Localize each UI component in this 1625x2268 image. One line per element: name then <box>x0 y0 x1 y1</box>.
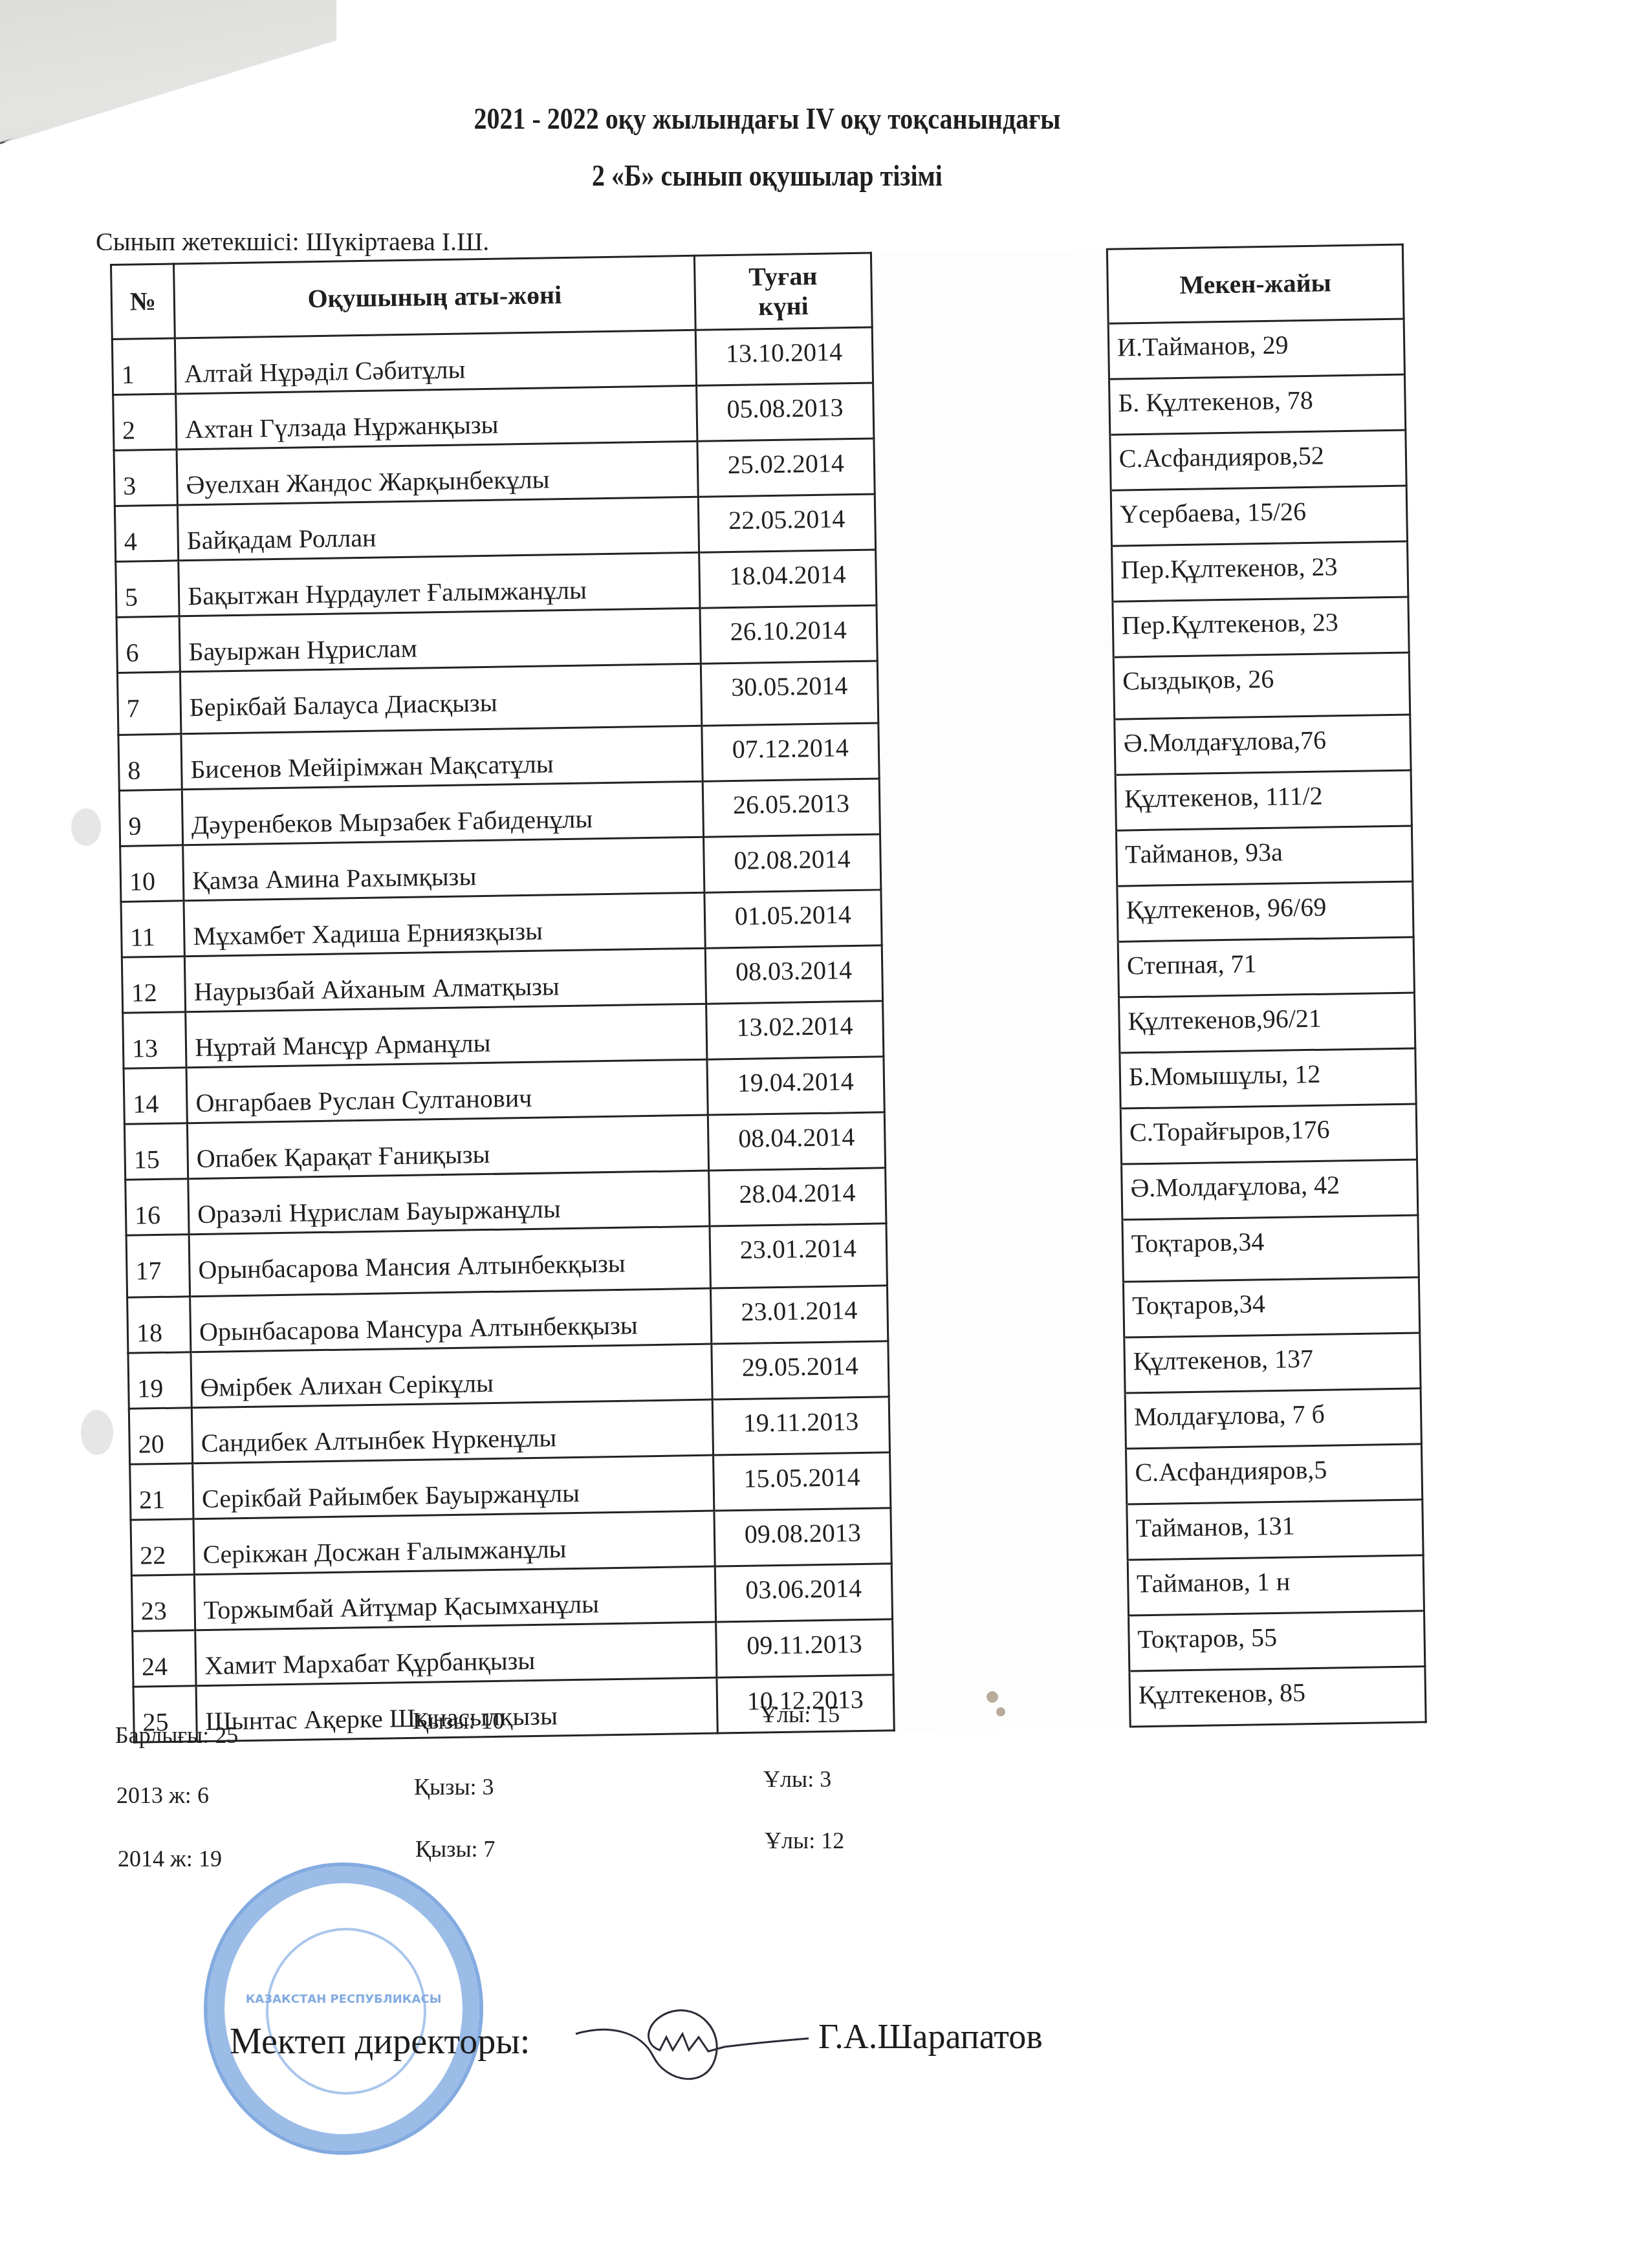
redacted-cell <box>892 1615 1129 1675</box>
redacted-cell <box>875 546 1112 605</box>
address: Құлтекенов, 137 <box>1124 1333 1421 1393</box>
birthdate: 09.11.2013 <box>715 1619 893 1678</box>
birthdate: 03.06.2014 <box>715 1564 892 1622</box>
row-num: 19 <box>128 1352 191 1409</box>
summary-2014-girls: Қызы: 7 <box>415 1835 496 1863</box>
address: Тайманов, 131 <box>1127 1500 1423 1560</box>
address: Молдағұлова, 7 б <box>1125 1388 1421 1449</box>
official-stamp: КАЗАКСТАН РЕСПУБЛИКАСЫ <box>204 1863 483 2155</box>
birthdate: 26.10.2014 <box>700 605 877 664</box>
address: И.Тайманов, 29 <box>1108 319 1404 379</box>
redacted-cell <box>893 1671 1130 1731</box>
address: Үсербаева, 15/26 <box>1111 486 1407 546</box>
paper-hole <box>81 1410 113 1455</box>
redacted-cell <box>889 1449 1126 1508</box>
row-num: 6 <box>116 616 180 673</box>
birthdate: 09.08.2013 <box>714 1508 891 1566</box>
address: Пер.Құлтекенов, 23 <box>1111 541 1408 601</box>
birthdate: 13.10.2014 <box>695 327 873 385</box>
address: Б. Құлтекенов, 78 <box>1109 374 1405 435</box>
student-name: Байқадам Роллан <box>177 497 699 561</box>
header-address: Мекен-жайы <box>1107 244 1404 323</box>
birthdate: 18.04.2014 <box>699 550 876 608</box>
student-name: Орынбасарова Мансия Алтынбекқызы <box>189 1226 710 1297</box>
row-num: 15 <box>124 1123 188 1180</box>
redacted-cell <box>887 1282 1124 1341</box>
address: Құлтекенов, 85 <box>1129 1667 1426 1727</box>
row-num: 23 <box>131 1575 195 1632</box>
class-teacher: Сынып жетекшісі: Шүкіртаева І.Ш. <box>96 226 489 257</box>
redacted-cell <box>888 1337 1125 1397</box>
stamp-emblem-icon <box>266 1928 426 2095</box>
address: Тайманов, 93а <box>1116 826 1412 886</box>
birthdate: 26.05.2013 <box>703 779 880 837</box>
birthdate: 22.05.2014 <box>698 494 875 552</box>
row-num: 11 <box>121 901 184 958</box>
student-name: Өмірбек Алихан Серікұлы <box>191 1344 712 1408</box>
summary-2013-girls: Қызы: 3 <box>414 1773 494 1800</box>
student-name: Берікбай Балауса Диасқызы <box>180 664 702 734</box>
stamp-text: КАЗАКСТАН РЕСПУБЛИКАСЫ <box>208 1993 479 2006</box>
row-num: 7 <box>117 672 181 735</box>
student-name: Оразәлі Нұрислам Бауыржанұлы <box>188 1171 710 1235</box>
address: Пер.Құлтекенов, 23 <box>1113 597 1409 657</box>
redacted-cell <box>879 775 1116 834</box>
address: Тоқтаров, 55 <box>1128 1611 1424 1671</box>
address: Сыздықов, 26 <box>1113 653 1410 719</box>
row-num: 20 <box>129 1408 192 1465</box>
paper-speck <box>996 1707 1005 1716</box>
header-redacted <box>871 249 1108 327</box>
redacted-cell <box>875 490 1111 550</box>
address: Степная, 71 <box>1118 937 1414 997</box>
student-name: Наурызбай Айханым Алматқызы <box>184 948 706 1012</box>
redacted-cell <box>882 997 1119 1057</box>
student-name: Бақытжан Нұрдаулет Ғалымжанұлы <box>179 552 700 616</box>
redacted-cell <box>872 323 1109 383</box>
birthdate: 19.11.2013 <box>712 1397 889 1455</box>
row-num: 16 <box>125 1179 189 1236</box>
address: Тоқтаров,34 <box>1123 1277 1419 1337</box>
birthdate: 07.12.2014 <box>702 723 879 781</box>
row-num: 22 <box>131 1519 194 1576</box>
birthdate: 19.04.2014 <box>707 1057 884 1115</box>
row-num: 2 <box>113 394 177 451</box>
redacted-cell <box>885 1164 1122 1224</box>
student-name: Сандибек Алтынбек Нүркенұлы <box>191 1399 713 1463</box>
birthdate: 08.04.2014 <box>708 1112 885 1171</box>
redacted-cell <box>874 435 1111 494</box>
redacted-cell <box>877 601 1113 661</box>
summary-2013-boys: Ұлы: 3 <box>763 1766 831 1793</box>
row-num: 1 <box>112 338 175 395</box>
birthdate: 25.02.2014 <box>697 438 875 497</box>
row-num: 13 <box>123 1012 186 1069</box>
paper-speck <box>987 1691 998 1703</box>
header-name: Оқушының аты-жөні <box>174 255 695 338</box>
birthdate: 15.05.2014 <box>713 1453 890 1511</box>
row-num: 8 <box>118 734 182 791</box>
redacted-cell <box>873 379 1109 438</box>
student-name: Онгарбаев Руслан Султанович <box>186 1059 708 1123</box>
header-num: № <box>111 264 175 340</box>
birthdate: 23.01.2014 <box>710 1286 888 1344</box>
student-name: Опабек Қарақат Ғаниқызы <box>188 1115 709 1179</box>
student-name: Мұхамбет Хадиша Ерниязқызы <box>184 892 705 956</box>
summary-2014-boys: Ұлы: 12 <box>765 1827 844 1854</box>
birthdate: 29.05.2014 <box>712 1341 889 1399</box>
row-num: 4 <box>115 505 178 562</box>
redacted-cell <box>880 830 1117 890</box>
address: Құлтекенов,96/21 <box>1118 993 1415 1053</box>
document-title-line2: 2 «Б» сынып оқушылар тізімі <box>0 158 1580 193</box>
birthdate: 23.01.2014 <box>710 1224 887 1288</box>
address: Тайманов, 1 н <box>1128 1555 1424 1615</box>
summary-2013: 2013 ж: 6 <box>116 1782 209 1809</box>
birthdate: 08.03.2014 <box>705 945 882 1004</box>
summary-total-girls: Қызы: 10 <box>413 1707 505 1734</box>
address: Б.Момышұлы, 12 <box>1120 1048 1416 1108</box>
redacted-cell <box>878 719 1115 779</box>
birthdate: 30.05.2014 <box>701 661 878 726</box>
row-num: 17 <box>126 1235 190 1298</box>
redacted-cell <box>891 1504 1128 1564</box>
address: Тоқтаров,34 <box>1122 1215 1419 1282</box>
redacted-cell <box>884 1053 1120 1112</box>
student-name: Дәуренбеков Мырзабек Ғабиденұлы <box>182 781 703 845</box>
student-name: Орынбасарова Мансура Алтынбекқызы <box>190 1288 712 1352</box>
redacted-cell <box>886 1220 1123 1286</box>
student-table: № Оқушының аты-жөні Туғанкүні Мекен-жайы… <box>110 244 1427 1744</box>
student-name: Бауыржан Нұрислам <box>179 608 701 672</box>
row-num: 21 <box>130 1463 193 1520</box>
row-num: 9 <box>119 790 182 847</box>
birthdate: 02.08.2014 <box>703 834 880 892</box>
paper-hole <box>71 808 101 846</box>
redacted-cell <box>889 1393 1126 1453</box>
row-num: 12 <box>122 956 185 1013</box>
birthdate: 13.02.2014 <box>706 1001 883 1059</box>
redacted-cell <box>881 886 1118 945</box>
row-num: 18 <box>127 1297 191 1354</box>
signature-icon <box>569 1998 815 2089</box>
student-name: Хамит Мархабат Құрбанқызы <box>195 1622 717 1686</box>
summary-total-boys: Ұлы: 15 <box>760 1701 840 1728</box>
summary-2014: 2014 ж: 19 <box>118 1845 222 1872</box>
birthdate: 01.05.2014 <box>704 890 882 948</box>
summary-total: Барлығы: 25 <box>115 1722 238 1749</box>
student-name: Торжымбай Айтұмар Қасымханұлы <box>194 1566 715 1630</box>
row-num: 24 <box>133 1630 196 1687</box>
row-num: 14 <box>124 1068 187 1125</box>
address: Құлтекенов, 96/69 <box>1117 881 1413 942</box>
redacted-cell <box>891 1560 1128 1619</box>
address: Ә.Молдағұлова, 42 <box>1121 1160 1417 1220</box>
director-name: Г.А.Шарапатов <box>818 2016 1043 2057</box>
address: Құлтекенов, 111/2 <box>1115 770 1412 830</box>
address: С.Асфандияров,5 <box>1126 1444 1422 1504</box>
student-name: Серікбай Райымбек Бауыржанұлы <box>193 1455 714 1519</box>
birthdate: 05.08.2013 <box>696 383 873 441</box>
student-name: Серікжан Досжан Ғалымжанұлы <box>193 1511 715 1575</box>
student-name: Алтай Нұрәділ Сәбитұлы <box>175 330 696 394</box>
row-num: 10 <box>120 845 184 902</box>
student-name: Қамза Амина Рахымқызы <box>183 837 704 901</box>
student-name: Әуелхан Жандос Жарқынбекұлы <box>177 441 698 505</box>
redacted-cell <box>877 657 1114 723</box>
address: Ә.Молдағұлова,76 <box>1115 715 1411 775</box>
address: С.Асфандияров,52 <box>1110 430 1406 490</box>
address: С.Торайғыров,176 <box>1120 1104 1417 1164</box>
student-name: Ахтан Гүлзада Нұржанқызы <box>176 385 697 449</box>
row-num: 3 <box>114 449 177 506</box>
student-name: Нұртай Мансұр Арманұлы <box>186 1004 707 1068</box>
redacted-cell <box>884 1108 1121 1168</box>
birthdate: 28.04.2014 <box>708 1168 886 1226</box>
document-title-line1: 2021 - 2022 оқу жылындағы IV оқу тоқсаны… <box>0 101 1580 136</box>
student-name: Бисенов Мейірімжан Мақсатұлы <box>181 726 703 790</box>
redacted-cell <box>882 942 1118 1001</box>
row-num: 5 <box>116 561 179 618</box>
director-label: Мектеп директоры: <box>230 2021 530 2062</box>
header-birthdate: Туғанкүні <box>694 253 872 330</box>
